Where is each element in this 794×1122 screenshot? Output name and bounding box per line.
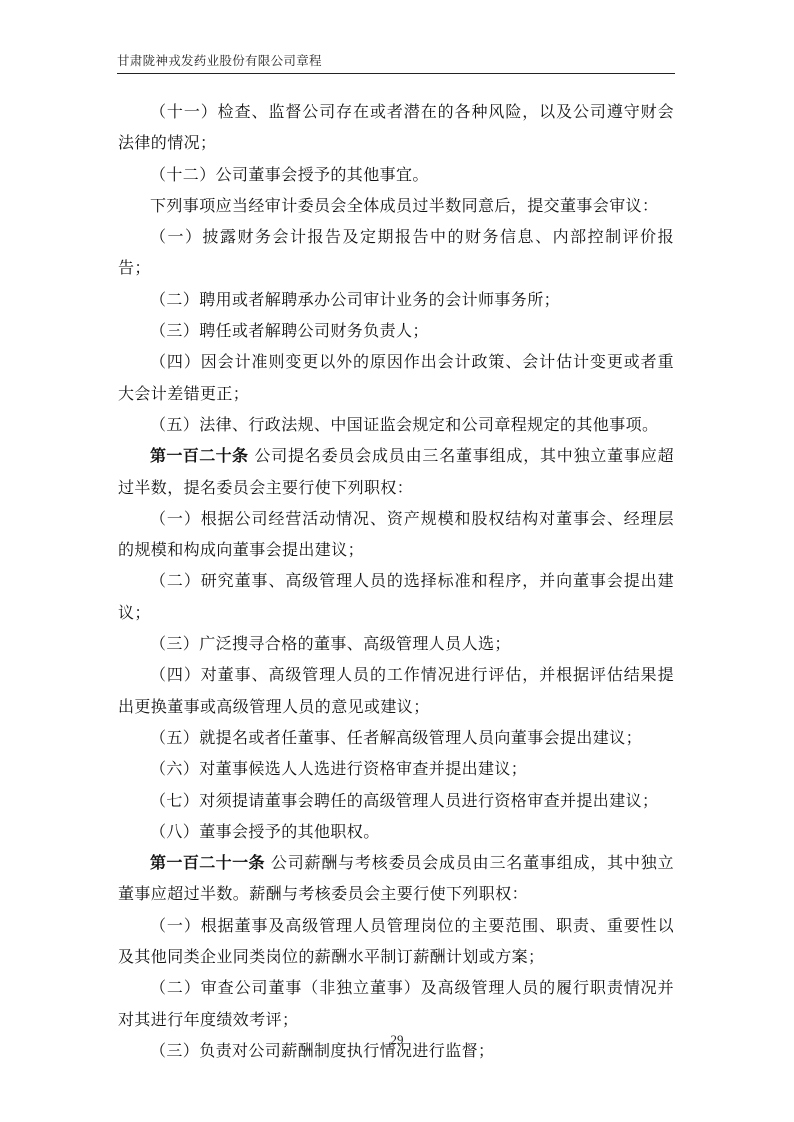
paragraph-text: （十一）检查、监督公司存在或者潜在的各种风险，以及公司遵守财会法律的情况；: [118, 102, 674, 152]
paragraph: （十二）公司董事会授予的其他事宜。: [118, 159, 674, 190]
paragraph-text: （八）董事会授予的其他职权。: [150, 822, 380, 841]
article-paragraph: 第一百二十条公司提名委员会成员由三名董事组成，其中独立董事应超过半数，提名委员会…: [118, 440, 674, 503]
paragraph: （六）对董事候选人人选进行资格审查并提出建议；: [118, 753, 674, 784]
paragraph-text: 下列事项应当经审计委员会全体成员过半数同意后，提交董事会审议：: [150, 196, 658, 215]
paragraph: （二）审查公司董事（非独立董事）及高级管理人员的履行职责情况并对其进行年度绩效考…: [118, 972, 674, 1035]
document-body: （十一）检查、监督公司存在或者潜在的各种风险，以及公司遵守财会法律的情况； （十…: [118, 96, 674, 1066]
article-paragraph: 第一百二十一条公司薪酬与考核委员会成员由三名董事组成，其中独立董事应超过半数。薪…: [118, 847, 674, 910]
paragraph-text: （一）根据公司经营活动情况、资产规模和股权结构对董事会、经理层的规模和构成向董事…: [118, 509, 674, 559]
paragraph: （二）研究董事、高级管理人员的选择标准和程序，并向董事会提出建议；: [118, 565, 674, 628]
paragraph-text: （四）因会计准则变更以外的原因作出会计政策、会计估计变更或者重大会计差错更正；: [118, 352, 674, 402]
paragraph-text: （四）对董事、高级管理人员的工作情况进行评估，并根据评估结果提出更换董事或高级管…: [118, 665, 674, 715]
paragraph-text: （二）聘用或者解聘承办公司审计业务的会计师事务所；: [150, 290, 560, 309]
paragraph-text: （五）就提名或者任董事、任者解高级管理人员向董事会提出建议；: [150, 728, 642, 747]
paragraph: （二）聘用或者解聘承办公司审计业务的会计师事务所；: [118, 284, 674, 315]
paragraph: （八）董事会授予的其他职权。: [118, 816, 674, 847]
document-title: 甘肃陇神戎发药业股份有限公司章程: [117, 54, 675, 68]
paragraph-text: （二）审查公司董事（非独立董事）及高级管理人员的履行职责情况并对其进行年度绩效考…: [118, 978, 674, 1028]
paragraph: （一）根据董事及高级管理人员管理岗位的主要范围、职责、重要性以及其他同类企业同类…: [118, 910, 674, 973]
paragraph: （七）对须提请董事会聘任的高级管理人员进行资格审查并提出建议；: [118, 785, 674, 816]
paragraph: （四）对董事、高级管理人员的工作情况进行评估，并根据评估结果提出更换董事或高级管…: [118, 659, 674, 722]
paragraph: 下列事项应当经审计委员会全体成员过半数同意后，提交董事会审议：: [118, 190, 674, 221]
page-number: 29: [0, 1032, 794, 1048]
paragraph: （三）聘任或者解聘公司财务负责人；: [118, 315, 674, 346]
paragraph-text: （五）法律、行政法规、中国证监会规定和公司章程规定的其他事项。: [150, 415, 658, 434]
paragraph-text: （十二）公司董事会授予的其他事宜。: [150, 165, 429, 184]
paragraph: （五）就提名或者任董事、任者解高级管理人员向董事会提出建议；: [118, 722, 674, 753]
paragraph-text: （二）研究董事、高级管理人员的选择标准和程序，并向董事会提出建议；: [118, 571, 674, 621]
paragraph-text: （六）对董事候选人人选进行资格审查并提出建议；: [150, 759, 527, 778]
paragraph: （五）法律、行政法规、中国证监会规定和公司章程规定的其他事项。: [118, 409, 674, 440]
paragraph-text: （七）对须提请董事会聘任的高级管理人员进行资格审查并提出建议；: [150, 791, 658, 810]
paragraph: （一）披露财务会计报告及定期报告中的财务信息、内部控制评价报告；: [118, 221, 674, 284]
article-number: 第一百二十一条: [150, 853, 265, 872]
paragraph-text: （三）聘任或者解聘公司财务负责人；: [150, 321, 429, 340]
page-header: 甘肃陇神戎发药业股份有限公司章程: [117, 54, 675, 74]
paragraph-text: （一）根据董事及高级管理人员管理岗位的主要范围、职责、重要性以及其他同类企业同类…: [118, 916, 674, 966]
paragraph: （三）广泛搜寻合格的董事、高级管理人员人选；: [118, 628, 674, 659]
article-number: 第一百二十条: [150, 446, 248, 465]
paragraph: （一）根据公司经营活动情况、资产规模和股权结构对董事会、经理层的规模和构成向董事…: [118, 503, 674, 566]
paragraph-text: （三）广泛搜寻合格的董事、高级管理人员人选；: [150, 634, 511, 653]
paragraph: （四）因会计准则变更以外的原因作出会计政策、会计估计变更或者重大会计差错更正；: [118, 346, 674, 409]
paragraph-text: （一）披露财务会计报告及定期报告中的财务信息、内部控制评价报告；: [118, 227, 674, 277]
paragraph: （十一）检查、监督公司存在或者潜在的各种风险，以及公司遵守财会法律的情况；: [118, 96, 674, 159]
